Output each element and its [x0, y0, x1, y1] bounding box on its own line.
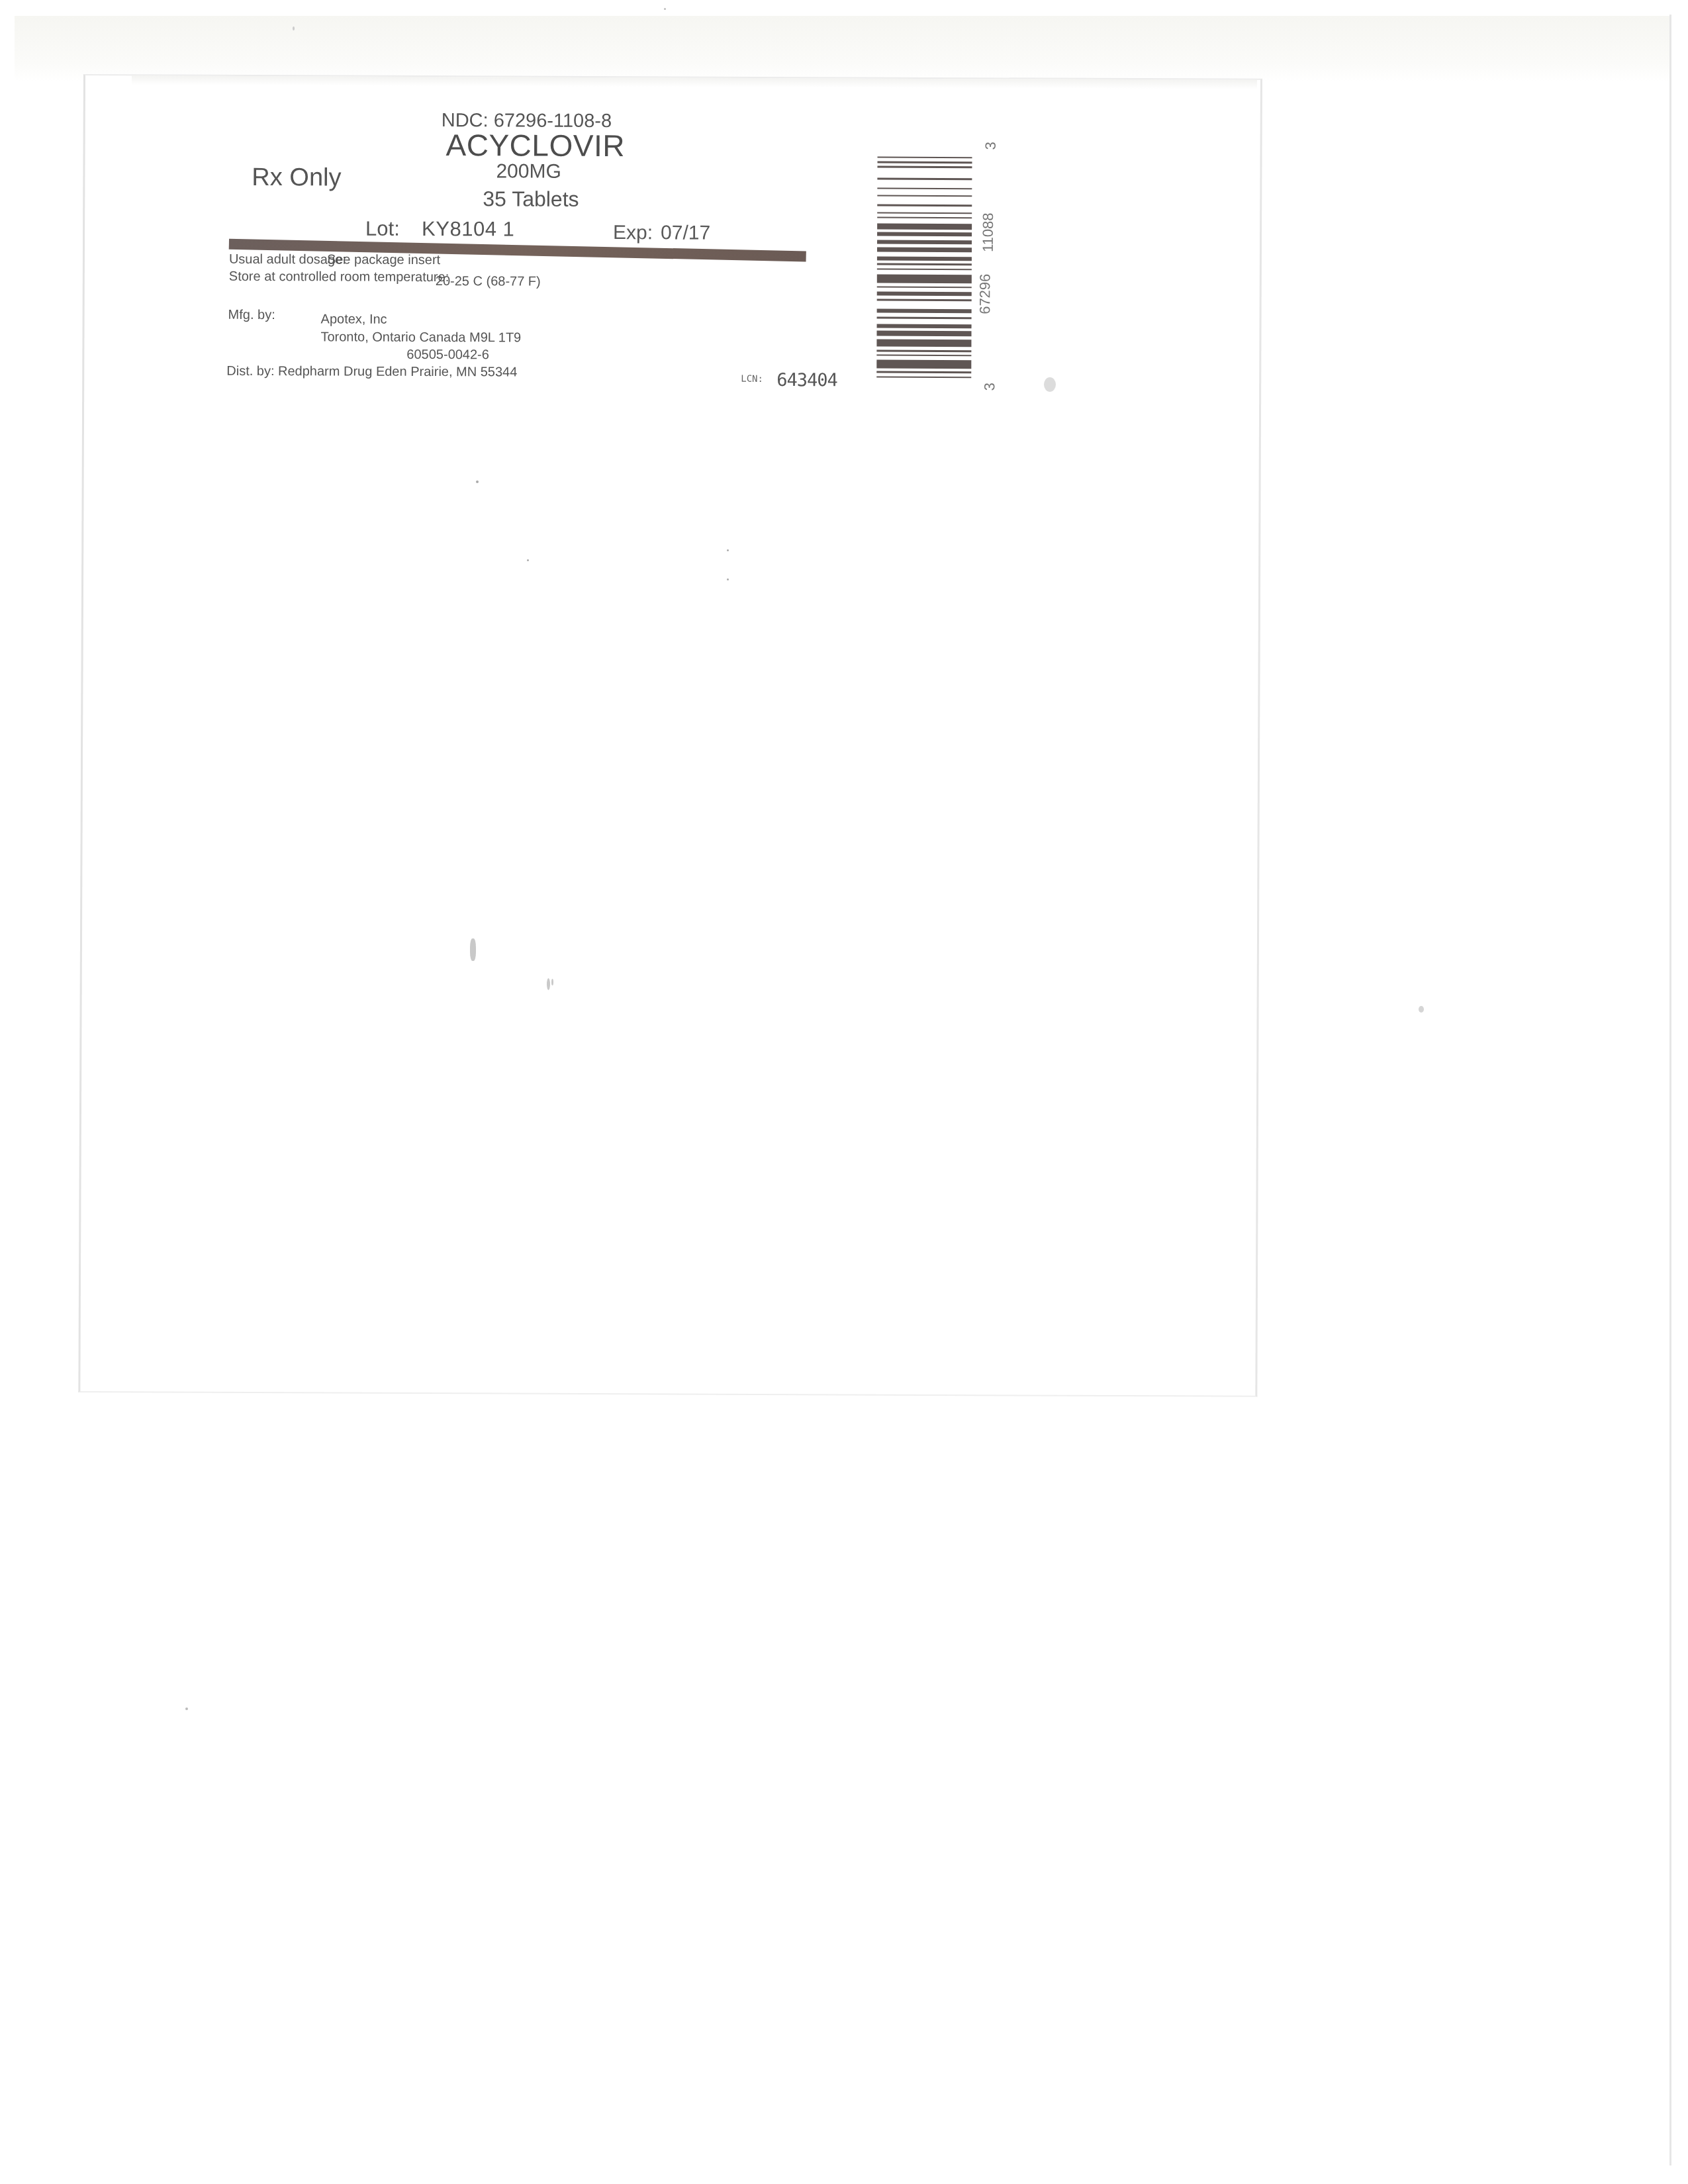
scan-speck	[547, 978, 550, 990]
barcode-bar	[877, 205, 972, 206]
barcode-bar	[876, 376, 971, 378]
barcode-bar	[877, 166, 972, 168]
barcode-digit-check-top: 3	[982, 142, 1000, 150]
barcode-bar	[876, 340, 971, 347]
scan-speck	[185, 1707, 188, 1710]
barcode-bar	[877, 216, 972, 218]
scan-speck	[293, 26, 295, 30]
barcode-bar	[876, 331, 971, 337]
barcode-bar	[877, 268, 972, 270]
rx-only-text: Rx Only	[252, 163, 341, 193]
drug-name: ACYCLOVIR	[445, 127, 625, 163]
scan-speck	[727, 578, 729, 580]
barcode-bar	[877, 257, 972, 261]
manufacturer-code: 60505-0042-6	[406, 347, 489, 363]
barcode-bar	[877, 224, 972, 230]
scan-speck	[470, 938, 476, 961]
lcn-number: 643404	[776, 370, 837, 390]
barcode-bar	[877, 317, 972, 319]
barcode-bar	[876, 354, 971, 356]
barcode-digits-manufacturer: 67296	[976, 274, 994, 314]
barcode-digit-system-bottom: 3	[981, 383, 998, 390]
barcode-bar	[877, 324, 972, 329]
barcode-bar	[877, 232, 972, 237]
scan-speck	[1044, 377, 1056, 392]
barcode-bar	[877, 263, 972, 265]
scan-speck	[476, 480, 479, 483]
expiry-label: Exp:	[613, 222, 653, 244]
scan-speck	[527, 559, 529, 561]
lot-number: KY8104 1	[422, 217, 514, 242]
drug-strength: 200MG	[496, 160, 561, 183]
barcode-bar	[877, 286, 972, 288]
scan-speck	[551, 979, 553, 985]
barcode-bar	[877, 187, 972, 189]
prescription-label-sheet: Rx Only NDC: 67296-1108-8 ACYCLOVIR 200M…	[78, 74, 1262, 1397]
barcode-bar	[877, 240, 972, 245]
manufacturer-name: Apotex, Inc	[321, 312, 387, 327]
barcode-bar	[876, 359, 971, 368]
lot-label: Lot:	[365, 217, 400, 241]
scan-speck	[727, 549, 729, 551]
manufacturer-address: Toronto, Ontario Canada M9L 1T9	[320, 330, 521, 345]
scan-speck	[664, 8, 666, 10]
barcode-bar	[877, 161, 972, 163]
barcode-bar	[877, 212, 972, 214]
storage-value: 20-25 C (68-77 F)	[436, 274, 541, 290]
barcode-bar	[877, 309, 972, 313]
barcode-bar	[878, 157, 972, 159]
barcode-bar	[877, 248, 972, 252]
barcode-bar	[876, 350, 971, 352]
barcode-bar	[877, 299, 972, 301]
scanner-edge	[1669, 15, 1671, 2165]
scanner-bed-shadow	[15, 16, 1669, 82]
distributor-line: Dist. by: Redpharm Drug Eden Prairie, MN…	[226, 364, 517, 381]
barcode-bar	[877, 292, 972, 296]
storage-label: Store at controlled room temperature:	[229, 269, 449, 285]
barcode-bar	[877, 275, 972, 283]
manufacturer-label: Mfg. by:	[228, 308, 275, 323]
lcn-label: LCN:	[741, 374, 763, 385]
tablet-count: 35 Tablets	[483, 187, 579, 212]
expiry-date: 07/17	[661, 222, 710, 244]
dosage-value: See package insert	[327, 252, 440, 268]
barcode-bar	[877, 195, 972, 197]
barcode-digits-product: 11088	[980, 212, 997, 252]
barcode-bar	[876, 371, 971, 373]
sheet-edge-shadow	[132, 75, 1257, 89]
upc-barcode	[876, 157, 972, 379]
barcode-bar	[877, 178, 972, 180]
scan-speck	[1419, 1006, 1424, 1013]
